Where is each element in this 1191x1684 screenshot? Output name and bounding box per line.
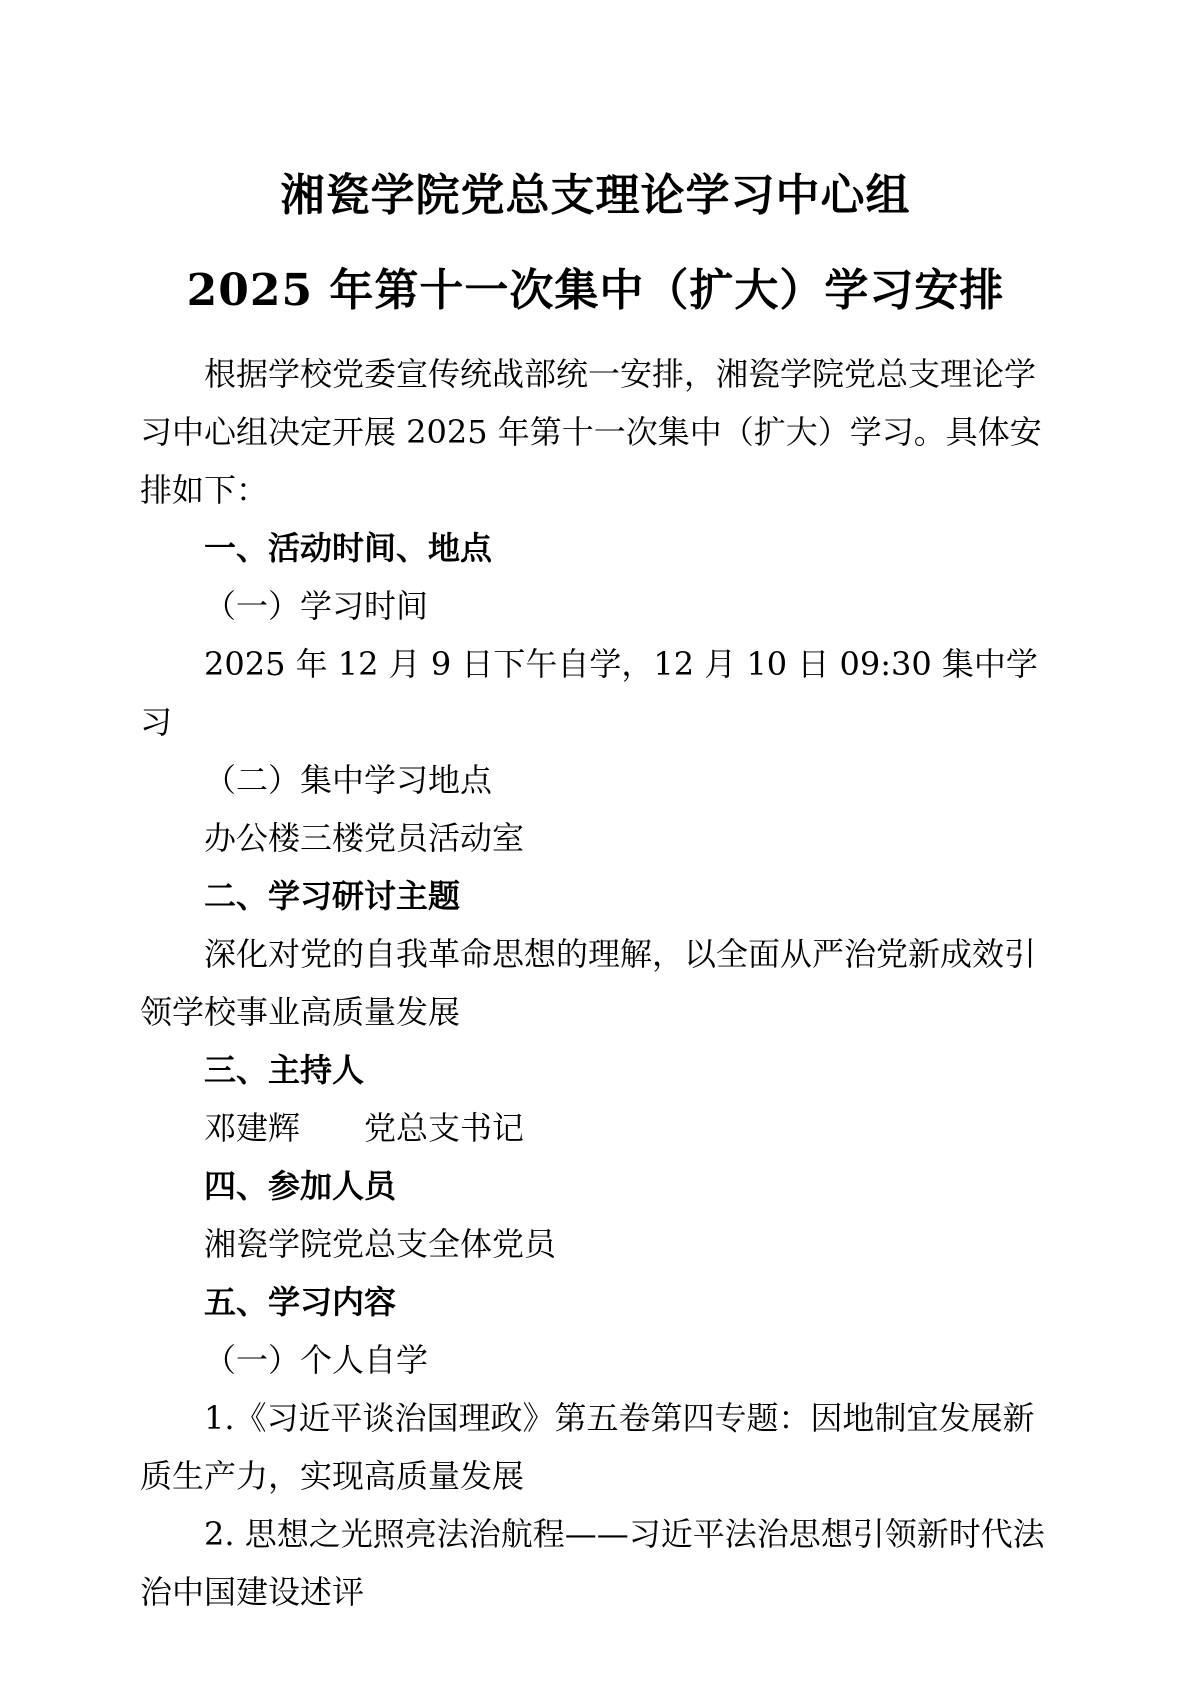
document-page: 湘瓷学院党总支理论学习中心组 2025 年第十一次集中（扩大）学习安排 根据学校… — [0, 0, 1191, 1684]
heading-section-2-topic: 二、学习研讨主题 — [140, 867, 1051, 925]
document-title-line2: 2025 年第十一次集中（扩大）学习安排 — [140, 243, 1051, 338]
paragraph-study-item-1: 1.《习近平谈治国理政》第五卷第四专题：因地制宜发展新质生产力，实现高质量发展 — [140, 1389, 1051, 1505]
subheading-self-study: （一）个人自学 — [140, 1331, 1051, 1389]
heading-section-5-content: 五、学习内容 — [140, 1273, 1051, 1331]
heading-section-1-time-place: 一、活动时间、地点 — [140, 519, 1051, 577]
paragraph-study-item-2: 2. 思想之光照亮法治航程——习近平法治思想引领新时代法治中国建设述评 — [140, 1505, 1051, 1621]
heading-section-3-host: 三、主持人 — [140, 1041, 1051, 1099]
paragraph-study-location-detail: 办公楼三楼党员活动室 — [140, 809, 1051, 867]
heading-section-4-participants: 四、参加人员 — [140, 1157, 1051, 1215]
subheading-study-location: （二）集中学习地点 — [140, 751, 1051, 809]
paragraph-topic-detail: 深化对党的自我革命思想的理解，以全面从严治党新成效引领学校事业高质量发展 — [140, 925, 1051, 1041]
document-title-line1: 湘瓷学院党总支理论学习中心组 — [140, 148, 1051, 243]
subheading-study-time: （一）学习时间 — [140, 577, 1051, 635]
paragraph-study-time-detail: 2025 年 12 月 9 日下午自学，12 月 10 日 09:30 集中学习 — [140, 635, 1051, 751]
document-body: 根据学校党委宣传统战部统一安排，湘瓷学院党总支理论学习中心组决定开展 2025 … — [140, 345, 1051, 1621]
paragraph-intro: 根据学校党委宣传统战部统一安排，湘瓷学院党总支理论学习中心组决定开展 2025 … — [140, 345, 1051, 519]
paragraph-host-detail: 邓建辉 党总支书记 — [140, 1099, 1051, 1157]
paragraph-participants-detail: 湘瓷学院党总支全体党员 — [140, 1215, 1051, 1273]
